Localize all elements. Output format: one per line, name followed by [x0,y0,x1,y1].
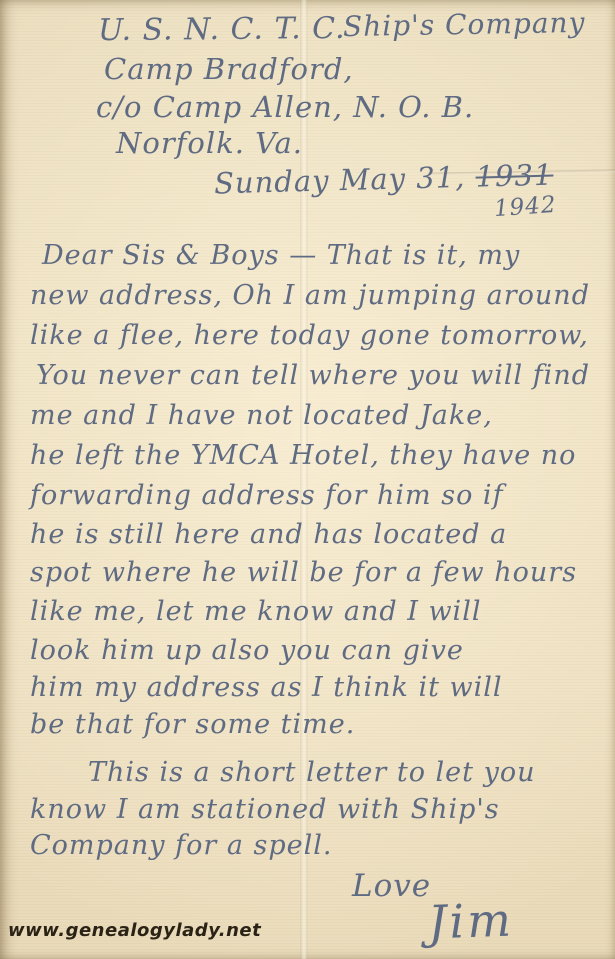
watermark-url: www.genealogylady.net [8,920,261,941]
letter-line: new address, Oh I am jumping around [30,280,590,311]
date-line: Sunday May 31, 1931 [214,158,554,201]
date-year-struck: 1931 [475,158,554,194]
letterhead-camp: Camp Bradford, [104,52,354,86]
letter-line: look him up also you can give [30,635,464,666]
letter-line: spot where he will be for a few hours [30,557,577,588]
letterhead-org: U. S. N. C. T. C. [98,11,346,48]
letter-line: be that for some time. [30,709,355,740]
letter-line: him my address as I think it will [30,672,503,703]
letter-line: You never can tell where you will find [36,360,590,391]
letter-line: like a flee, here today gone tomorrow, [30,320,589,351]
letter-line: This is a short letter to let you [88,757,535,788]
letter-line: Company for a spell. [30,830,333,861]
closing-valediction: Love [352,868,431,904]
letter-line: me and I have not located Jake, [30,400,493,431]
letter-line: he left the YMCA Hotel, they have no [30,440,576,471]
letter-line: forwarding address for him so if [30,480,504,511]
letter-line: like me, let me know and I will [30,596,481,627]
letterhead-company: Ship's Company [343,6,586,43]
letterhead-city: Norfolk. Va. [116,126,303,160]
letter-line: Dear Sis & Boys — That is it, my [42,240,520,271]
letter-line: he is still here and has located a [30,519,507,550]
date-prefix: Sunday May 31, [214,160,476,201]
date-year-corrected: 1942 [493,192,557,222]
letter-page: U. S. N. C. T. C. Ship's Company Camp Br… [0,0,615,959]
letter-line: know I am stationed with Ship's [30,794,500,825]
letterhead-care-of: c/o Camp Allen, N. O. B. [96,90,474,124]
signature: Jim [427,893,515,950]
